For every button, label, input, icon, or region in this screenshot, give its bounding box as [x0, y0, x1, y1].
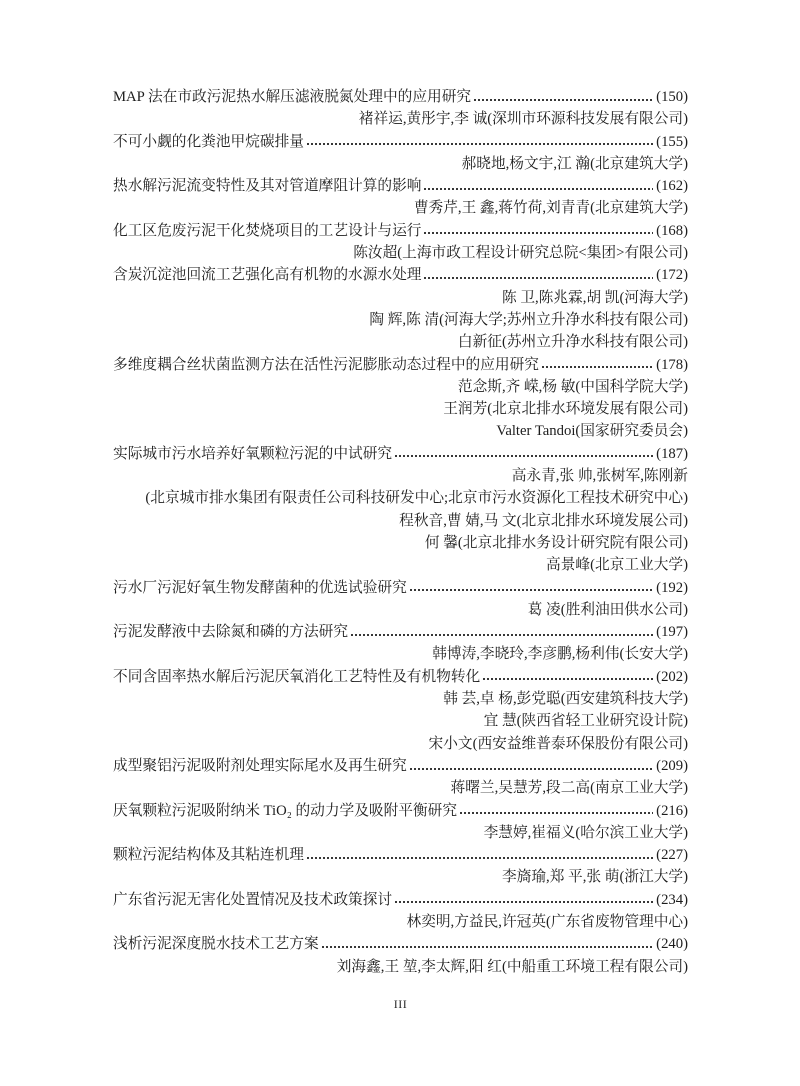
entry-author-line: 葛 凌(胜利油田供水公司): [113, 599, 688, 621]
toc-entry-title-row: 污泥发酵液中去除氮和磷的方法研究(197): [113, 621, 688, 643]
entry-author-line: 王润芳(北京北排水环境发展有限公司): [113, 398, 688, 420]
toc-entry: 成型聚铝污泥吸附剂处理实际尾水及再生研究(209)蒋曙兰,吴慧芳,段二高(南京工…: [113, 755, 688, 800]
entry-author-line: 刘海鑫,王 堃,李太辉,阳 红(中船重工环境工程有限公司): [113, 956, 688, 978]
dot-leader: [306, 131, 653, 153]
toc-entry: 污泥发酵液中去除氮和磷的方法研究(197)韩博涛,李晓玲,李彦鹏,杨利伟(长安大…: [113, 621, 688, 666]
entry-page-number: (168): [656, 220, 688, 242]
entry-author-line: 蒋曙兰,吴慧芳,段二高(南京工业大学): [113, 777, 688, 799]
folio-page-number: III: [394, 997, 408, 1011]
toc-entry-title-row: 颗粒污泥结构体及其粘连机理(227): [113, 844, 688, 866]
entry-page-number: (234): [656, 889, 688, 911]
toc-entry-title-row: 不同含固率热水解后污泥厌氧消化工艺特性及有机物转化(202): [113, 666, 688, 688]
entry-page-number: (178): [656, 354, 688, 376]
entry-page-number: (197): [656, 621, 688, 643]
entry-author-line: 陈 卫,陈兆霖,胡 凯(河海大学): [113, 287, 688, 309]
toc-entry-title-row: 化工区危废污泥干化焚烧项目的工艺设计与运行(168): [113, 220, 688, 242]
toc-entry: 厌氧颗粒污泥吸附纳米 TiO₂ 的动力学及吸附平衡研究(216)李慧婷,崔福义(…: [113, 800, 688, 845]
dot-leader: [473, 86, 653, 108]
toc-entry: 多维度耦合丝状菌监测方法在活性污泥膨胀动态过程中的应用研究(178)范念斯,齐 …: [113, 354, 688, 443]
toc-entry-title-row: 不可小觑的化粪池甲烷碳排量(155): [113, 131, 688, 153]
toc-entry-title-row: MAP 法在市政污泥热水解压滤液脱氮处理中的应用研究(150): [113, 86, 688, 108]
toc-entry: 化工区危废污泥干化焚烧项目的工艺设计与运行(168)陈汝超(上海市政工程设计研究…: [113, 220, 688, 265]
entry-author-line: Valter Tandoi(国家研究委员会): [113, 420, 688, 442]
entry-title: 污泥发酵液中去除氮和磷的方法研究: [113, 621, 348, 643]
dot-leader: [409, 577, 653, 599]
dot-leader: [423, 175, 653, 197]
toc-entry-title-row: 多维度耦合丝状菌监测方法在活性污泥膨胀动态过程中的应用研究(178): [113, 354, 688, 376]
entry-page-number: (155): [656, 131, 688, 153]
entry-author-line: 宜 慧(陕西省轻工业研究设计院): [113, 710, 688, 732]
dot-leader: [321, 933, 654, 955]
entry-title: 不可小觑的化粪池甲烷碳排量: [113, 131, 304, 153]
toc-entry: 不可小觑的化粪池甲烷碳排量(155)郝晓地,杨文宇,江 瀚(北京建筑大学): [113, 131, 688, 176]
dot-leader: [482, 666, 653, 688]
entry-page-number: (240): [656, 933, 688, 955]
entry-author-line: 白新征(苏州立升净水科技有限公司): [113, 331, 688, 353]
entry-author-line: 褚祥运,黄彤宇,李 诚(深圳市环源科技发展有限公司): [113, 108, 688, 130]
entry-author-line: 高景峰(北京工业大学): [113, 554, 688, 576]
entry-title: MAP 法在市政污泥热水解压滤液脱氮处理中的应用研究: [113, 86, 471, 108]
toc-entry: MAP 法在市政污泥热水解压滤液脱氮处理中的应用研究(150)褚祥运,黄彤宇,李…: [113, 86, 688, 131]
toc-entry: 含炭沉淀池回流工艺强化高有机物的水源水处理(172)陈 卫,陈兆霖,胡 凯(河海…: [113, 264, 688, 353]
entry-author-line: 陶 辉,陈 清(河海大学;苏州立升净水科技有限公司): [113, 309, 688, 331]
entry-author-line: 李旖瑜,郑 平,张 萌(浙江大学): [113, 866, 688, 888]
entry-title: 颗粒污泥结构体及其粘连机理: [113, 844, 304, 866]
entry-title: 实际城市污水培养好氧颗粒污泥的中试研究: [113, 443, 392, 465]
toc-entry-title-row: 实际城市污水培养好氧颗粒污泥的中试研究(187): [113, 443, 688, 465]
entry-title: 厌氧颗粒污泥吸附纳米 TiO₂ 的动力学及吸附平衡研究: [113, 800, 457, 822]
entry-author-line: 程秋音,曹 婧,马 文(北京北排水环境发展公司): [113, 510, 688, 532]
toc-entry-title-row: 浅析污泥深度脱水技术工艺方案(240): [113, 933, 688, 955]
entry-author-line: 郝晓地,杨文宇,江 瀚(北京建筑大学): [113, 153, 688, 175]
entry-title: 含炭沉淀池回流工艺强化高有机物的水源水处理: [113, 264, 421, 286]
entry-page-number: (172): [656, 264, 688, 286]
entry-page-number: (209): [656, 755, 688, 777]
dot-leader: [409, 755, 653, 777]
toc-entry-title-row: 污水厂污泥好氧生物发酵菌种的优选试验研究(192): [113, 577, 688, 599]
entry-author-line: 韩博涛,李晓玲,李彦鹏,杨利伟(长安大学): [113, 643, 688, 665]
toc-entry-title-row: 广东省污泥无害化处置情况及技术政策探讨(234): [113, 889, 688, 911]
entry-page-number: (227): [656, 844, 688, 866]
toc-entry: 不同含固率热水解后污泥厌氧消化工艺特性及有机物转化(202)韩 芸,卓 杨,彭党…: [113, 666, 688, 755]
entry-page-number: (192): [656, 577, 688, 599]
toc-entry: 热水解污泥流变特性及其对管道摩阻计算的影响(162)曹秀芹,王 鑫,蒋竹荷,刘青…: [113, 175, 688, 220]
dot-leader: [394, 443, 653, 465]
entry-page-number: (150): [656, 86, 688, 108]
entry-title: 污水厂污泥好氧生物发酵菌种的优选试验研究: [113, 577, 407, 599]
entry-author-line: 韩 芸,卓 杨,彭党聪(西安建筑科技大学): [113, 688, 688, 710]
dot-leader: [394, 889, 653, 911]
page-footer: III: [113, 995, 688, 1013]
dot-leader: [423, 264, 653, 286]
document-page: MAP 法在市政污泥热水解压滤液脱氮处理中的应用研究(150)褚祥运,黄彤宇,李…: [0, 0, 800, 1086]
entry-author-line: 曹秀芹,王 鑫,蒋竹荷,刘青青(北京建筑大学): [113, 197, 688, 219]
entry-author-line: 林奕明,方益民,许冠英(广东省废物管理中心): [113, 911, 688, 933]
entry-title: 不同含固率热水解后污泥厌氧消化工艺特性及有机物转化: [113, 666, 480, 688]
entry-author-line: (北京城市排水集团有限责任公司科技研发中心;北京市污水资源化工程技术研究中心): [113, 487, 688, 509]
toc-entry: 广东省污泥无害化处置情况及技术政策探讨(234)林奕明,方益民,许冠英(广东省废…: [113, 889, 688, 934]
toc-entry-title-row: 热水解污泥流变特性及其对管道摩阻计算的影响(162): [113, 175, 688, 197]
dot-leader: [350, 621, 653, 643]
toc-entry-title-row: 成型聚铝污泥吸附剂处理实际尾水及再生研究(209): [113, 755, 688, 777]
entry-title: 多维度耦合丝状菌监测方法在活性污泥膨胀动态过程中的应用研究: [113, 354, 539, 376]
toc-entry: 实际城市污水培养好氧颗粒污泥的中试研究(187)高永青,张 帅,张树军,陈刚新(…: [113, 443, 688, 577]
entry-author-line: 高永青,张 帅,张树军,陈刚新: [113, 465, 688, 487]
toc-entry: 浅析污泥深度脱水技术工艺方案(240)刘海鑫,王 堃,李太辉,阳 红(中船重工环…: [113, 933, 688, 978]
entry-title: 化工区危废污泥干化焚烧项目的工艺设计与运行: [113, 220, 421, 242]
entry-author-line: 李慧婷,崔福义(哈尔滨工业大学): [113, 822, 688, 844]
entry-author-line: 范念斯,齐 嵘,杨 敏(中国科学院大学): [113, 376, 688, 398]
dot-leader: [306, 844, 653, 866]
entry-title: 广东省污泥无害化处置情况及技术政策探讨: [113, 889, 392, 911]
entry-page-number: (187): [656, 443, 688, 465]
toc-entry: 污水厂污泥好氧生物发酵菌种的优选试验研究(192)葛 凌(胜利油田供水公司): [113, 577, 688, 622]
entry-author-line: 陈汝超(上海市政工程设计研究总院<集团>有限公司): [113, 242, 688, 264]
toc-entry: 颗粒污泥结构体及其粘连机理(227)李旖瑜,郑 平,张 萌(浙江大学): [113, 844, 688, 889]
entry-page-number: (216): [656, 800, 688, 822]
entry-title: 浅析污泥深度脱水技术工艺方案: [113, 933, 319, 955]
entry-page-number: (202): [656, 666, 688, 688]
table-of-contents: MAP 法在市政污泥热水解压滤液脱氮处理中的应用研究(150)褚祥运,黄彤宇,李…: [113, 86, 688, 978]
entry-page-number: (162): [656, 175, 688, 197]
entry-title: 成型聚铝污泥吸附剂处理实际尾水及再生研究: [113, 755, 407, 777]
toc-entry-title-row: 含炭沉淀池回流工艺强化高有机物的水源水处理(172): [113, 264, 688, 286]
dot-leader: [541, 354, 653, 376]
dot-leader: [423, 220, 653, 242]
entry-author-line: 何 馨(北京北排水务设计研究院有限公司): [113, 532, 688, 554]
dot-leader: [459, 800, 653, 822]
toc-entry-title-row: 厌氧颗粒污泥吸附纳米 TiO₂ 的动力学及吸附平衡研究(216): [113, 800, 688, 822]
entry-author-line: 宋小文(西安益维普泰环保股份有限公司): [113, 733, 688, 755]
entry-title: 热水解污泥流变特性及其对管道摩阻计算的影响: [113, 175, 421, 197]
